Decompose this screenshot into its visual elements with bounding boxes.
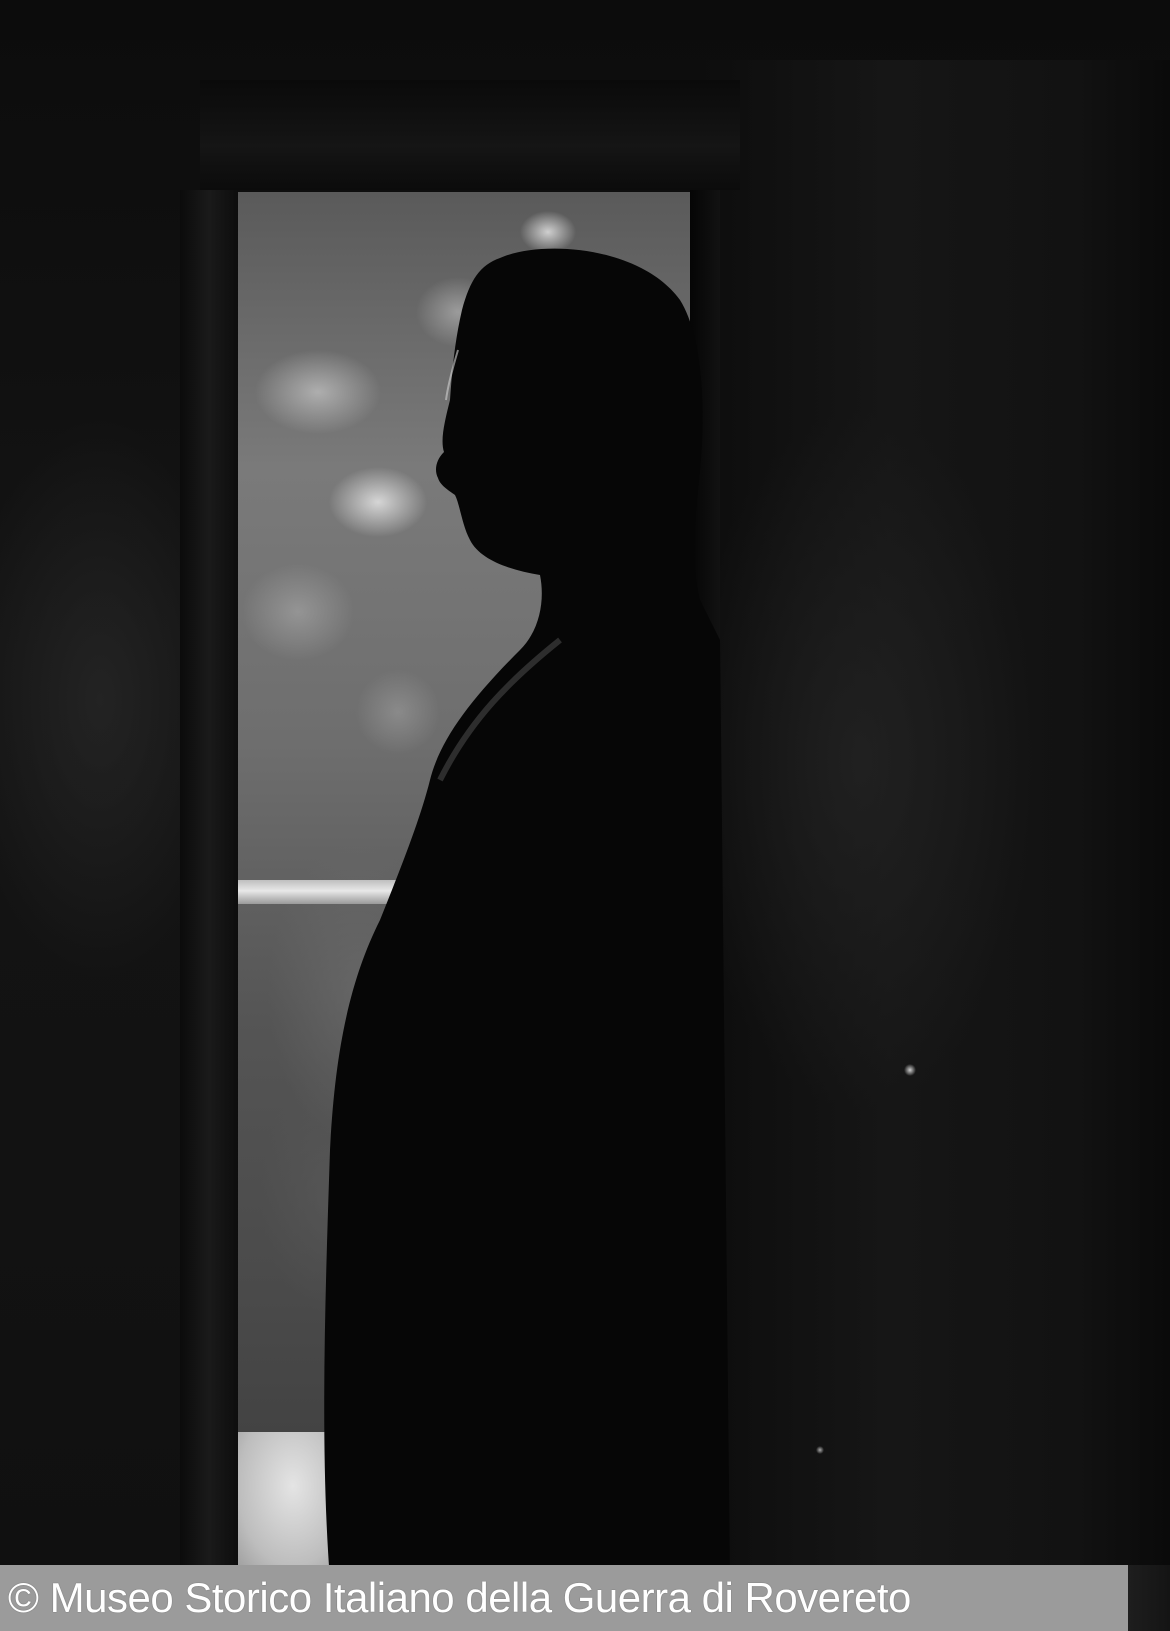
photo-edge bbox=[1128, 1565, 1170, 1631]
copyright-caption: © Museo Storico Italiano della Guerra di… bbox=[0, 1577, 911, 1619]
archival-photograph bbox=[0, 0, 1170, 1631]
silhouette-figure bbox=[0, 0, 1170, 1631]
copyright-caption-band: © Museo Storico Italiano della Guerra di… bbox=[0, 1565, 1128, 1631]
